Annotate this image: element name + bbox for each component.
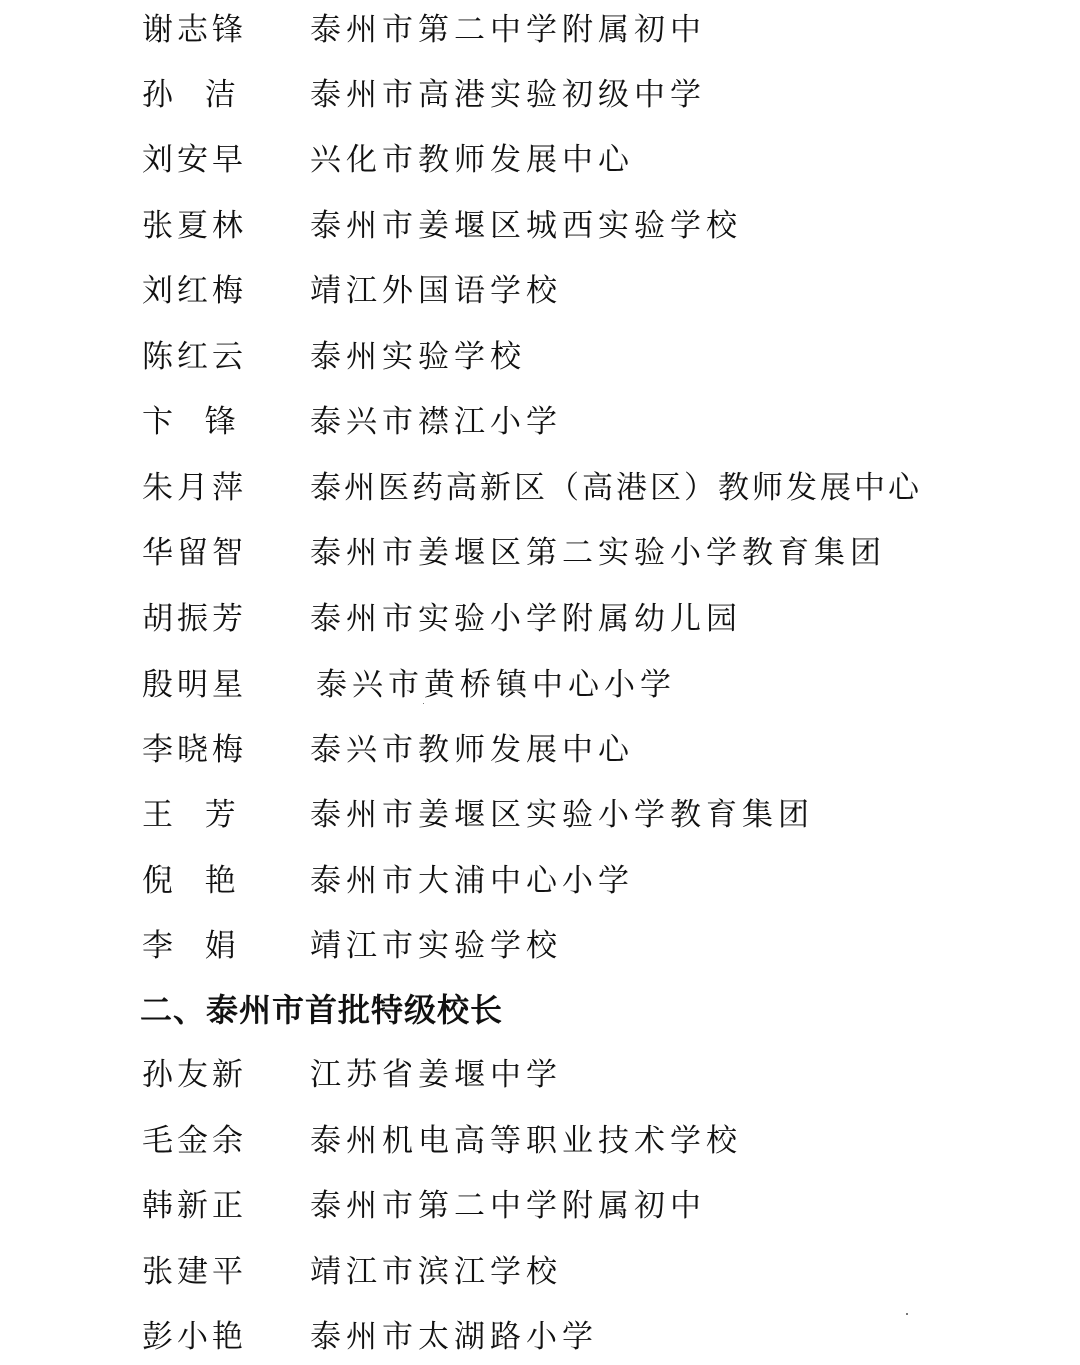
list-item: 华留智 泰州市姜堰区第二实验小学教育集团 — [0, 533, 1080, 573]
list-item: 李晓梅 泰兴市教师发展中心 — [0, 730, 1080, 770]
section-heading: 二、泰州市首批特级校长 — [140, 989, 503, 1031]
school-name: 泰兴市襟江小学 — [310, 402, 562, 442]
list-item: 倪 艳 泰州市大浦中心小学 — [0, 861, 1080, 901]
person-name: 华留智 — [142, 533, 247, 573]
school-name: 泰州市实验小学附属幼儿园 — [310, 599, 742, 639]
list-item: 陈红云 泰州实验学校 — [0, 337, 1080, 377]
person-name: 张建平 — [142, 1252, 247, 1292]
list-item: 孙 洁 泰州市高港实验初级中学 — [0, 75, 1080, 115]
list-item: 张夏林 泰州市姜堰区城西实验学校 — [0, 206, 1080, 246]
school-name: 泰州市姜堰区第二实验小学教育集团 — [310, 533, 886, 573]
list-item: 王 芳 泰州市姜堰区实验小学教育集团 — [0, 795, 1080, 835]
school-name: 靖江市滨江学校 — [310, 1252, 562, 1292]
list-item: 毛金余 泰州机电高等职业技术学校 — [0, 1121, 1080, 1161]
person-name: 孙友新 — [142, 1055, 247, 1095]
person-name: 王 芳 — [142, 795, 240, 835]
school-name: 靖江外国语学校 — [310, 271, 562, 311]
person-name: 孙 洁 — [142, 75, 240, 115]
school-name: 泰兴市教师发展中心 — [310, 730, 634, 770]
person-name: 刘红梅 — [142, 271, 247, 311]
school-name: 泰州机电高等职业技术学校 — [310, 1121, 742, 1161]
school-name: 泰州市姜堰区城西实验学校 — [310, 206, 742, 246]
school-name: 泰州实验学校 — [310, 337, 526, 377]
school-name: 泰州市高港实验初级中学 — [310, 75, 706, 115]
person-name: 彭小艳 — [142, 1317, 247, 1357]
list-item: 张建平 靖江市滨江学校 — [0, 1252, 1080, 1292]
list-item: 胡振芳 泰州市实验小学附属幼儿园 — [0, 599, 1080, 639]
list-item: 彭小艳 泰州市太湖路小学 — [0, 1317, 1080, 1357]
person-name: 倪 艳 — [142, 861, 240, 901]
list-item: 谢志锋 泰州市第二中学附属初中 — [0, 10, 1080, 50]
school-name: 江苏省姜堰中学 — [310, 1055, 562, 1095]
person-name: 胡振芳 — [142, 599, 247, 639]
person-name: 殷明星 — [142, 665, 247, 705]
list-item: 韩新正 泰州市第二中学附属初中 — [0, 1186, 1080, 1226]
school-name: 泰兴市黄桥镇中心小学 — [316, 665, 676, 705]
list-item: 刘安早 兴化市教师发展中心 — [0, 140, 1080, 180]
list-item: 刘红梅 靖江外国语学校 — [0, 271, 1080, 311]
school-name: 泰州医药高新区（高港区）教师发展中心 — [310, 468, 922, 508]
school-name: 泰州市第二中学附属初中 — [310, 10, 706, 50]
person-name: 李晓梅 — [142, 730, 247, 770]
list-item: 殷明星 泰兴市黄桥镇中心小学 — [0, 665, 1080, 705]
person-name: 陈红云 — [142, 337, 247, 377]
person-name: 卞 锋 — [142, 402, 240, 442]
scan-speck — [906, 1313, 908, 1315]
school-name: 泰州市大浦中心小学 — [310, 861, 634, 901]
person-name: 刘安早 — [142, 140, 247, 180]
scan-speck — [423, 703, 424, 704]
person-name: 毛金余 — [142, 1121, 247, 1161]
school-name: 泰州市第二中学附属初中 — [310, 1186, 706, 1226]
person-name: 谢志锋 — [142, 10, 247, 50]
school-name: 泰州市姜堰区实验小学教育集团 — [310, 795, 814, 835]
person-name: 朱月萍 — [142, 468, 247, 508]
person-name: 韩新正 — [142, 1186, 247, 1226]
school-name: 靖江市实验学校 — [310, 926, 562, 966]
list-item: 孙友新 江苏省姜堰中学 — [0, 1055, 1080, 1095]
list-item: 李 娟 靖江市实验学校 — [0, 926, 1080, 966]
person-name: 张夏林 — [142, 206, 247, 246]
school-name: 泰州市太湖路小学 — [310, 1317, 598, 1357]
school-name: 兴化市教师发展中心 — [310, 140, 634, 180]
list-item: 朱月萍 泰州医药高新区（高港区）教师发展中心 — [0, 468, 1080, 508]
person-name: 李 娟 — [142, 926, 240, 966]
list-item: 卞 锋 泰兴市襟江小学 — [0, 402, 1080, 442]
